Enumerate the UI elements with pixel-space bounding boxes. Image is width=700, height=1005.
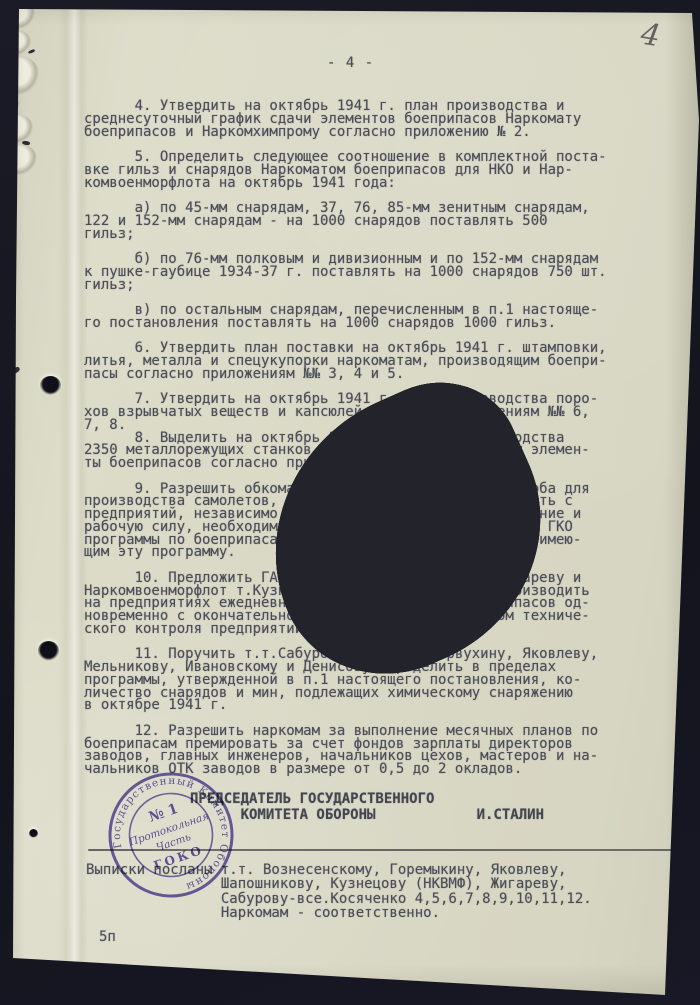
stamp-ring-text: Государственный Комитет Обороны <box>98 760 244 910</box>
footer-mark: 5п <box>99 929 116 945</box>
pin-hole <box>29 829 38 838</box>
punch-hole <box>38 641 59 661</box>
paper-nick <box>28 49 36 54</box>
paper-sheet: - 4 - 4. Утвердить на октябрь 1941 г. пл… <box>0 0 700 1005</box>
handwritten-page-number: 4 <box>638 17 662 55</box>
page-number: - 4 - <box>327 55 374 71</box>
punch-hole <box>40 376 61 395</box>
official-stamp: Государственный Комитет Обороны № 1 Прот… <box>98 760 244 910</box>
